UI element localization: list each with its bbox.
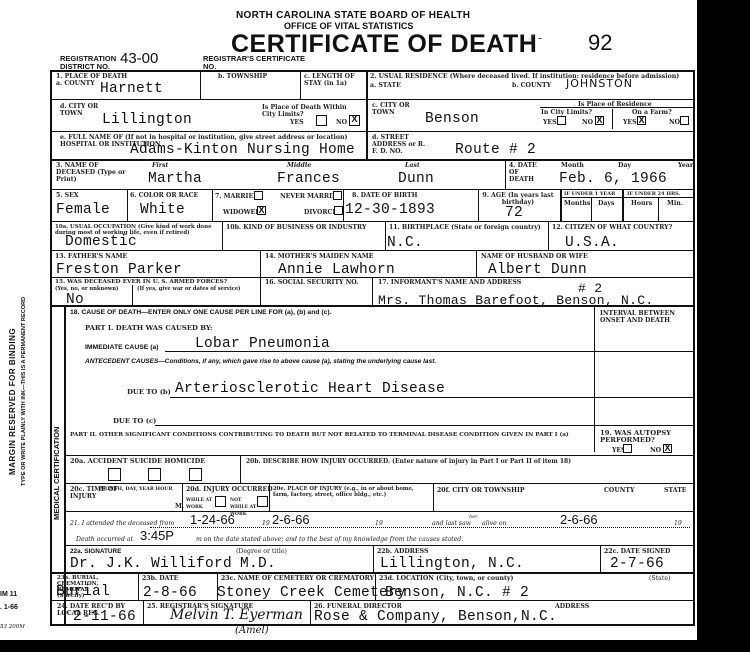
- deceased-name-label: 3. NAME OF DECEASED (Type or Print): [56, 162, 126, 183]
- divorced-checkbox[interactable]: [334, 206, 343, 215]
- in-city-no-checkbox[interactable]: X: [595, 116, 604, 125]
- street-address-value: Route # 2: [455, 143, 536, 158]
- form-revision: . 1-66: [0, 604, 18, 611]
- citizenship-label: 12. CITIZEN OF WHAT COUNTRY?: [552, 224, 672, 231]
- city-of-death-value: Lillington: [102, 113, 192, 128]
- in-city-yes-checkbox[interactable]: [557, 116, 566, 125]
- signer-name: Dr. J.K. Williford: [70, 557, 232, 572]
- date-signed-label: 22c. DATE SIGNED: [604, 548, 670, 555]
- residence-state-label: a. STATE: [370, 82, 401, 89]
- residence-city-value: Benson: [425, 112, 479, 127]
- date-of-birth-value: 12-30-1893: [345, 203, 435, 218]
- attended-from-label: 21. I attended the deceased from: [70, 520, 174, 527]
- manner-label: 20a. ACCIDENT SUICIDE HOMICIDE: [70, 458, 205, 465]
- within-limits-no-checkbox[interactable]: X: [349, 115, 360, 126]
- alive-on-19: 19: [674, 520, 682, 527]
- citizenship-value: U.S.A.: [565, 236, 619, 251]
- death-certificate-page: NORTH CAROLINA STATE BOARD OF HEALTH OFF…: [0, 0, 697, 640]
- married-label: 7. MARRIED: [215, 193, 259, 200]
- county-label: a. COUNTY: [56, 80, 95, 87]
- injury-occurred-label: 20d. INJURY OCCURRED: [186, 486, 273, 493]
- social-security-label: 16. SOCIAL SECURITY NO.: [265, 279, 358, 286]
- part2-label: PART II. OTHER SIGNIFICANT CONDITIONS CO…: [70, 432, 569, 439]
- date-received-value: 2-11-66: [73, 610, 136, 625]
- death-occurred-time: 3:45P: [140, 528, 174, 543]
- form-right-border: [693, 70, 695, 625]
- place-of-injury-label: 20e. PLACE OF INJURY (e.g., in or about …: [273, 486, 423, 498]
- burial-date-value: 2-8-66: [143, 586, 197, 601]
- immediate-cause-label: IMMEDIATE CAUSE (a): [85, 344, 159, 351]
- last-saw-label: and last saw: [432, 520, 471, 527]
- injury-county-label: COUNTY: [604, 487, 634, 494]
- part1-label: PART I. DEATH WAS CAUSED BY:: [85, 325, 212, 332]
- permanent-record-instruction: TYPE OR WRITE PLAINLY WITH INK—THIS IS A…: [21, 297, 27, 486]
- father-name-value: Freston Parker: [56, 263, 182, 278]
- death-occurred-label: Death occurred at: [76, 536, 133, 543]
- within-limits-yes-label: YES: [290, 119, 304, 126]
- on-farm-no-label: NO: [669, 119, 680, 126]
- burial-location-value: Benson, N.C. # 2: [385, 586, 529, 601]
- signature-label: 22a. SIGNATURE: [70, 548, 121, 555]
- armed-forces-label: 15. WAS DECEASED EVER IN U. S. ARMED FOR…: [55, 279, 227, 286]
- business-label: 10b. KIND OF BUSINESS OR INDUSTRY: [226, 224, 366, 231]
- attended-mid-19: 19: [375, 520, 383, 527]
- alive-on-label: alive on: [482, 520, 506, 527]
- while-at-work-checkbox[interactable]: [215, 496, 226, 507]
- deceased-middle-name: Frances: [277, 172, 340, 187]
- registrar-signature-initials: (Amel): [235, 625, 269, 636]
- while-at-work-label: WHILE AT WORK: [186, 497, 214, 511]
- registration-district-value: 43-00: [120, 50, 158, 67]
- her-label: her: [469, 514, 478, 521]
- length-of-stay-label: c. LENGTH OF STAY (in 1a): [304, 73, 364, 87]
- place-of-death-label: 1. PLACE OF DEATH: [56, 73, 127, 80]
- form-left-border: [50, 70, 52, 625]
- due-to-c-label: DUE TO (c): [113, 418, 156, 425]
- days-label: Days: [598, 200, 614, 207]
- middle-name-label: Middle: [287, 162, 311, 169]
- race-value: White: [140, 203, 185, 218]
- agency-heading: NORTH CAROLINA STATE BOARD OF HEALTH: [236, 10, 470, 21]
- usual-residence-label: 2. USUAL RESIDENCE (Where deceased lived…: [370, 73, 690, 80]
- months-label: Months: [564, 200, 590, 207]
- binding-margin-label: MARGIN RESERVED FOR BINDING: [8, 328, 17, 475]
- cemetery-value: Stoney Creek Cemetery: [217, 586, 406, 601]
- date-of-death-value: Feb. 6, 1966: [559, 172, 667, 187]
- county-of-death-value: Harnett: [100, 82, 163, 97]
- injury-city-label: 20f. CITY OR TOWNSHIP: [437, 487, 525, 494]
- residence-county-value: JOHNSTON: [566, 77, 633, 90]
- age-label: 9. AGE (In years last birthday): [482, 192, 554, 206]
- autopsy-yes-checkbox[interactable]: [623, 444, 632, 453]
- sex-value: Female: [56, 203, 110, 218]
- informant-label: 17. INFORMANT'S NAME AND ADDRESS: [378, 279, 521, 286]
- due-to-b-value: Arteriosclerotic Heart Disease: [175, 382, 445, 397]
- birthplace-value: N.C.: [387, 236, 423, 251]
- burial-date-label: 23b. DATE: [142, 575, 178, 582]
- registration-district-label: REGISTRATION DISTRICT NO.: [60, 55, 120, 71]
- autopsy-label: 19. WAS AUTOPSY PERFORMED?: [600, 430, 690, 444]
- day-label: Day: [618, 162, 631, 169]
- certificate-number: 92: [588, 30, 612, 56]
- father-name-label: 13. FATHER'S NAME: [55, 253, 127, 260]
- registrar-signature: Melvin T. Eyerman: [170, 607, 303, 623]
- spouse-name-value: Albert Dunn: [488, 263, 587, 278]
- institution-value: Adams-Kinton Nursing Home: [130, 143, 355, 158]
- suicide-checkbox[interactable]: [148, 468, 161, 481]
- cause-of-death-label: 18. CAUSE OF DEATH—ENTER ONLY ONE CAUSE …: [70, 309, 332, 316]
- injury-description-label: 20b. DESCRIBE HOW INJURY OCCURRED. (Ente…: [246, 458, 571, 465]
- deceased-first-name: Martha: [148, 172, 202, 187]
- married-checkbox[interactable]: [254, 191, 263, 200]
- print-run: 53 200M: [0, 624, 25, 630]
- funeral-address-label: ADDRESS: [555, 603, 589, 610]
- attended-to-value: 2-6-66: [272, 512, 310, 527]
- birthplace-label: 11. BIRTHPLACE (State or foreign country…: [389, 224, 541, 231]
- registrar-certificate-label: REGISTRAR'S CERTIFICATE NO.: [203, 55, 313, 71]
- injury-state-label: STATE: [664, 487, 687, 494]
- disposition-value: Burial: [56, 585, 110, 600]
- street-address-label: d. STREET ADDRESS or R. F. D. NO.: [372, 134, 432, 155]
- attended-from-value: 1-24-66: [190, 512, 235, 527]
- interval-label: INTERVAL BETWEEN ONSET AND DEATH: [600, 310, 690, 324]
- not-while-at-work-checkbox[interactable]: [257, 496, 268, 507]
- attended-19-label: 19: [262, 520, 270, 527]
- immediate-cause-value: Lobar Pneumonia: [195, 337, 330, 352]
- date-of-birth-label: 8. DATE OF BIRTH: [352, 192, 417, 199]
- age-value: 72: [505, 206, 523, 221]
- year-label: Year: [678, 162, 693, 169]
- in-city-no-label: NO: [582, 119, 593, 126]
- city-of-death-label: d. CITY OR TOWN: [60, 103, 100, 117]
- form-number: IM 11: [0, 591, 17, 598]
- autopsy-no-label: NO: [650, 447, 661, 454]
- homicide-checkbox[interactable]: [189, 468, 202, 481]
- armed-forces-sub2: (If yes, give war or dates of service): [137, 286, 241, 293]
- accident-checkbox[interactable]: [108, 468, 121, 481]
- signer-address: Lillington, N.C.: [380, 557, 524, 572]
- autopsy-no-checkbox[interactable]: X: [663, 444, 672, 453]
- within-limits-no-label: NO: [336, 119, 347, 126]
- on-farm-yes-checkbox[interactable]: X: [637, 116, 646, 125]
- signer-address-label: 22b. ADDRESS: [377, 548, 428, 555]
- last-name-label: Last: [405, 162, 420, 169]
- due-to-b-label: DUE TO (b): [127, 389, 171, 396]
- burial-location-label: 23d. LOCATION (City, town, or county): [379, 575, 513, 582]
- funeral-director-value: Rose & Company, Benson,N.C.: [314, 610, 557, 625]
- antecedent-causes-label: ANTECEDENT CAUSES—Conditions, if any, wh…: [85, 358, 436, 365]
- township-label: b. TOWNSHIP: [218, 73, 267, 80]
- death-occurred-suffix: m on the date stated above; and to the b…: [196, 536, 463, 543]
- medical-certification-label: MEDICAL CERTIFICATION: [52, 427, 61, 520]
- cemetery-label: 23c. NAME OF CEMETERY OR CREMATORY: [221, 575, 374, 582]
- never-married-checkbox[interactable]: [333, 191, 342, 200]
- first-name-label: First: [152, 162, 168, 169]
- on-farm-yes-label: YES: [623, 119, 637, 126]
- deceased-last-name: Dunn: [398, 172, 434, 187]
- date-of-death-label: 4. DATE OF DEATH: [509, 162, 545, 183]
- stamp-fragment: r -: [530, 30, 542, 45]
- burial-state-label: (State): [649, 575, 670, 582]
- degree-label: (Degree or title): [236, 548, 287, 555]
- widowed-label: WIDOWED: [223, 209, 261, 216]
- residence-city-label: c. CITY OR TOWN: [372, 102, 410, 116]
- in-city-limits-label: In City Limits?: [541, 109, 592, 116]
- time-of-injury-sub: MONTH, DAY, YEAR HOUR: [100, 486, 172, 493]
- mother-maiden-name-label: 14. MOTHER'S MAIDEN NAME: [265, 253, 373, 260]
- minutes-label: Min.: [667, 200, 683, 207]
- residence-county-label: b. COUNTY: [512, 82, 551, 89]
- armed-forces-sub1: (Yes, no, or unknown): [55, 286, 118, 293]
- widowed-checkbox[interactable]: X: [257, 206, 266, 215]
- mother-maiden-name-value: Annie Lawhorn: [278, 263, 395, 278]
- date-signed-value: 2-7-66: [610, 557, 664, 572]
- race-label: 6. COLOR OR RACE: [130, 192, 198, 199]
- alive-on-value: 2-6-66: [560, 512, 598, 527]
- occupation-value: Domestic: [65, 235, 137, 250]
- hours-label: Hours: [631, 200, 652, 207]
- form-top-border: [50, 70, 695, 72]
- within-city-limits-label: Is Place of Death Within City Limits?: [262, 104, 362, 118]
- sex-label: 5. SEX: [56, 192, 79, 199]
- on-farm-no-checkbox[interactable]: [680, 116, 689, 125]
- spouse-name-label: NAME OF HUSBAND OR WIFE: [481, 253, 588, 260]
- in-city-yes-label: YES: [543, 119, 557, 126]
- month-label: Month: [561, 162, 584, 169]
- within-limits-yes-checkbox[interactable]: [316, 115, 327, 126]
- signer-degree: M.D.: [240, 557, 276, 572]
